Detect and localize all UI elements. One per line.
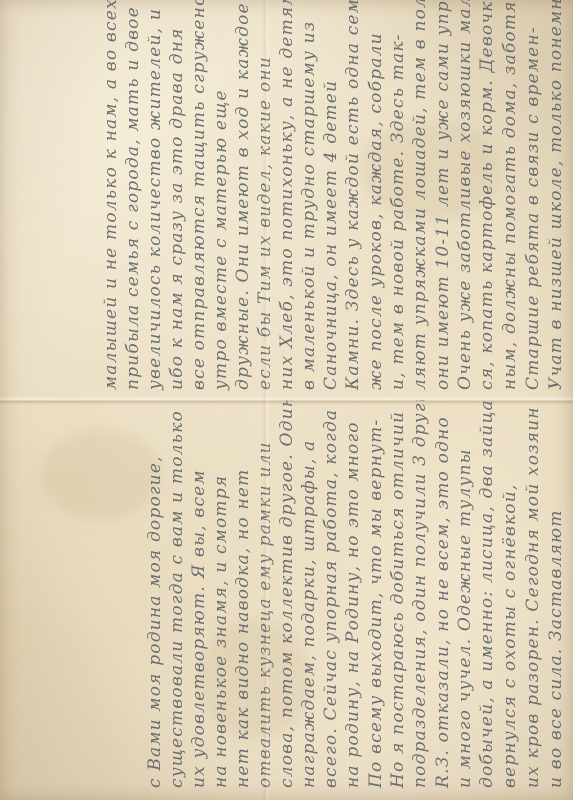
line-lower-half-text: всего. Сейчас упорная работа, когда [320,400,342,800]
line-upper-half-text: они имеют 10-11 лет и уже сами управ- [432,0,454,400]
line-upper-half-text: ляют упряжками лошадей, тем в пол- [409,0,431,400]
line-upper-half-text: же после уроков, каждая, собрали [365,0,387,400]
line-upper-half-text: Камни. Здесь у каждой есть одна семья [342,0,364,400]
line-upper-half-text: Очень уже заботливые хозяюшки маленькие, [454,0,476,400]
line-upper-half-text: них Хлеб, это потихоньку, а не детям, [276,0,298,400]
line-upper-half-text: утро вместе с матерью еще [210,0,232,400]
line-lower-half-text: и много чучел. Одежные тулупы [454,400,476,800]
line-upper-half-text: в маленькой и трудно старшему из [298,0,320,400]
line-upper-half-text: Учат в низшей школе, только понемногу. [545,0,567,400]
line-upper-half-text: ся, копать картофель и корм. Девочки [476,0,498,400]
line-lower-half-text: вернулся с охоты с огнёвкой, [499,400,521,800]
line-upper-half-text: прибыла семья с города, мать и двое [122,0,144,400]
line-lower-half-text: на родину, на Родину, но это много [342,400,364,800]
line-lower-half-text: и во все сила. Заставляют [545,400,567,800]
line-upper-half-text: все отправляются тащить сгружено [188,0,210,400]
line-upper-half-text: ным, должны помогать дома, заботят- [499,0,521,400]
line-lower-half-text: существовали тогда с вам и только [166,400,188,800]
line-lower-half-text: их удовлетворяют. Я вы, всем [188,400,210,800]
line-lower-half-text: нет как видно наводка, но нет [232,400,254,800]
line-lower-half-text: их кров разорен. Сегодня мой хозяин [522,400,544,800]
line-lower-half-text: По всему выходит, что мы вернут- [365,400,387,800]
line-upper-half-text: ибо к нам я сразу за это драва дня [166,0,188,400]
line-upper-half-text: дружные. Они имеют в ход и каждое [232,0,254,400]
line-lower-half-text: слова, потом коллектив другое. Один [276,400,298,800]
line-upper-half-text: Старшие ребята в связи с времен- [522,0,544,400]
line-upper-half-text: малышей и не только к нам, а во всех [100,0,122,400]
line-lower-half-text: R.З. отказали, но не всем, это одно [432,400,454,800]
line-upper-half-text: Саночница, он имеет 4 детей [320,0,342,400]
line-lower-half-text: на новенькое знамя, и смотря [210,400,232,800]
line-lower-half-text: награждаем, подарки, штрафы, а [298,400,320,800]
letter-page: и во все сила. ЗаставляютУчат в низшей ш… [0,0,573,800]
line-upper-half-text: увеличилось количество жителей, и как [144,0,166,400]
vertical-fold-crease [262,0,270,800]
line-lower-half-text: с Вами моя родина моя дорогие, [144,400,166,800]
line-lower-half-text: добычей, а именно: лисица, два зайца [476,400,498,800]
line-lower-half-text: подразделения, один получили 3 другие им… [409,400,431,800]
line-lower-half-text: Но я постараюсь добиться отличий [387,400,409,800]
horizontal-fold-crease [0,396,573,406]
line-upper-half-text: и, тем в новой работе. Здесь так- [387,0,409,400]
